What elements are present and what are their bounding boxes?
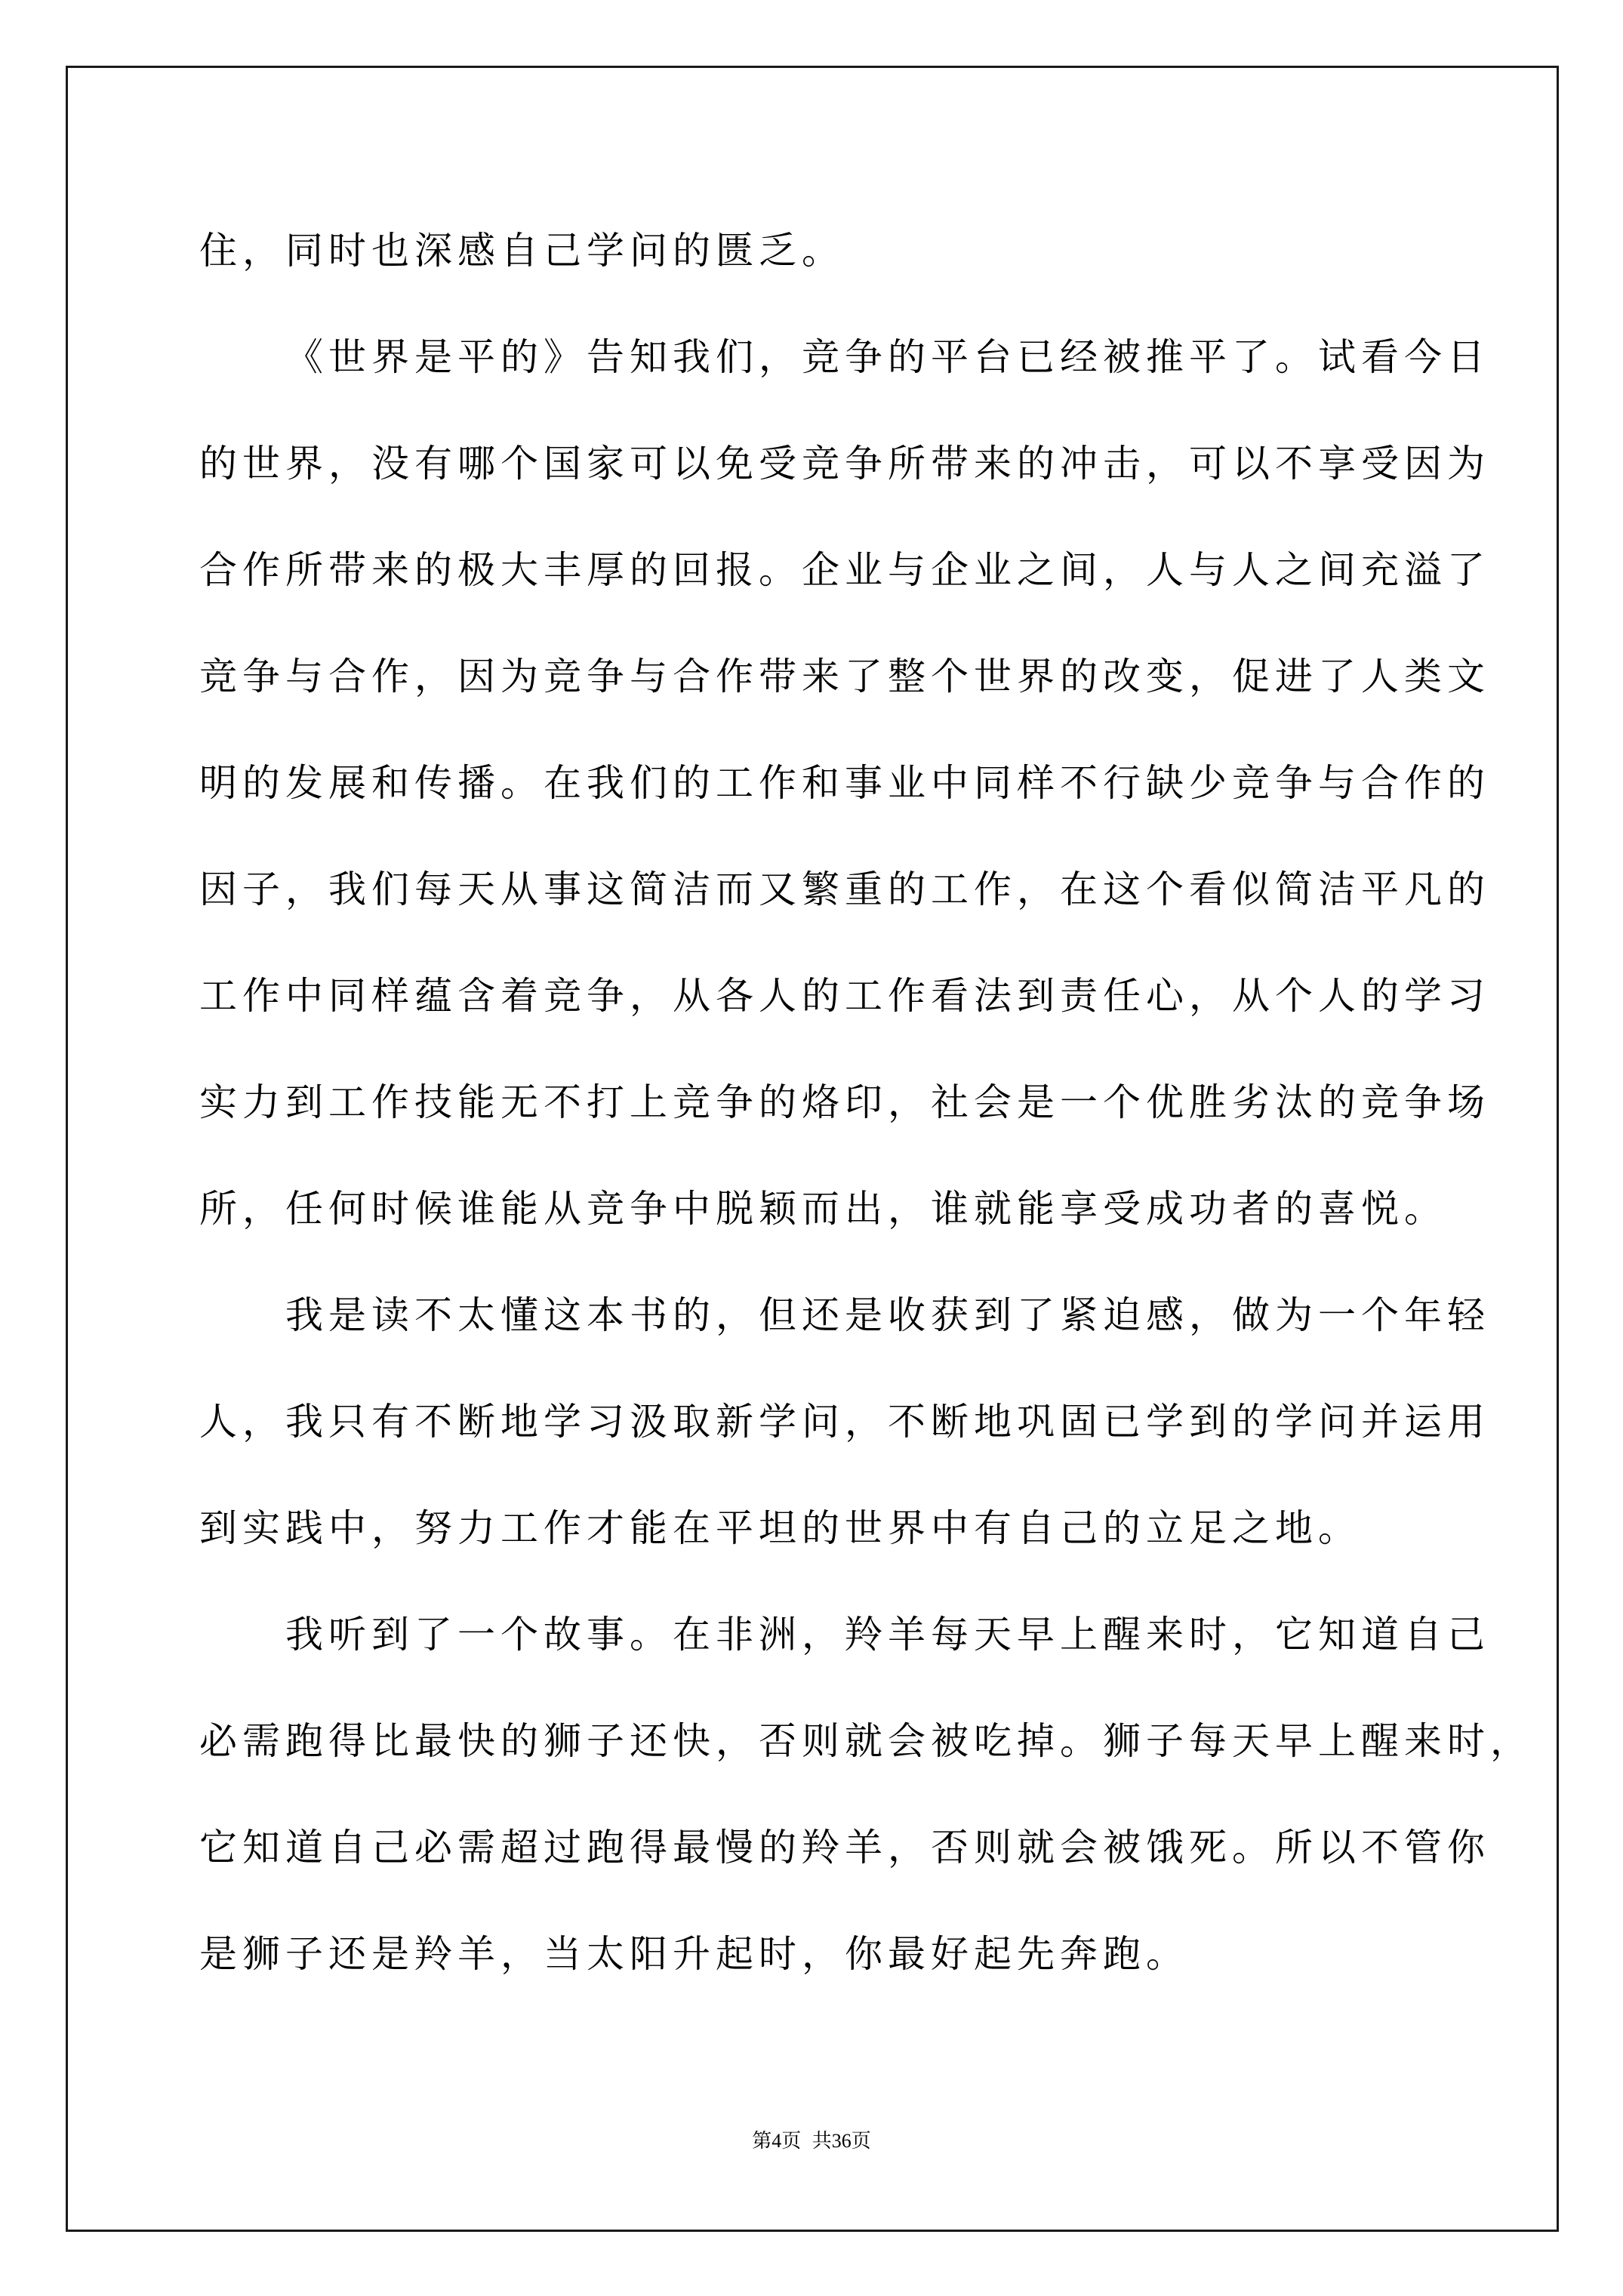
text-line: 是狮子还是羚羊，当太阳升起时，你最好起先奔跑。 — [199, 1931, 1189, 1977]
text-line: 必需跑得比最快的狮子还快，否则就会被吃掉。狮子每天早上醒来时， — [199, 1718, 1533, 1764]
text-line: 实力到工作技能无不打上竞争的烙印，社会是一个优胜劣汰的竞争场 — [199, 1080, 1490, 1125]
text-line: 住，同时也深感自己学问的匮乏。 — [199, 228, 845, 273]
text-line: 《世界是平的》告知我们，竞争的平台已经被推平了。试看今日 — [285, 334, 1490, 380]
text-line: 人，我只有不断地学习汲取新学问，不断地巩固已学到的学问并运用 — [199, 1399, 1490, 1444]
text-line: 它知道自己必需超过跑得最慢的羚羊，否则就会被饿死。所以不管你 — [199, 1825, 1490, 1870]
page-footer: 第4页 共36页 — [0, 2129, 1623, 2153]
current-page-label: 第4页 — [752, 2130, 801, 2152]
text-line: 我听到了一个故事。在非洲，羚羊每天早上醒来时，它知道自己 — [285, 1612, 1490, 1657]
text-line: 的世界，没有哪个国家可以免受竞争所带来的冲击，可以不享受因为 — [199, 441, 1490, 486]
page-border — [66, 66, 1559, 2232]
text-line: 到实践中，努力工作才能在平坦的世界中有自己的立足之地。 — [199, 1505, 1361, 1551]
text-line: 竞争与合作，因为竞争与合作带来了整个世界的改变，促进了人类文 — [199, 654, 1490, 699]
text-line: 我是读不太懂这本书的，但还是收获到了紧迫感，做为一个年轻 — [285, 1293, 1490, 1338]
text-line: 工作中同样蕴含着竞争，从各人的工作看法到责任心，从个人的学习 — [199, 973, 1490, 1019]
total-pages-label: 共36页 — [812, 2130, 871, 2152]
text-line: 因子，我们每天从事这简洁而又繁重的工作，在这个看似简洁平凡的 — [199, 867, 1490, 912]
text-line: 合作所带来的极大丰厚的回报。企业与企业之间，人与人之间充溢了 — [199, 547, 1490, 593]
text-line: 明的发展和传播。在我们的工作和事业中同样不行缺少竞争与合作的 — [199, 760, 1490, 806]
text-line: 所，任何时候谁能从竞争中脱颖而出，谁就能享受成功者的喜悦。 — [199, 1186, 1447, 1231]
